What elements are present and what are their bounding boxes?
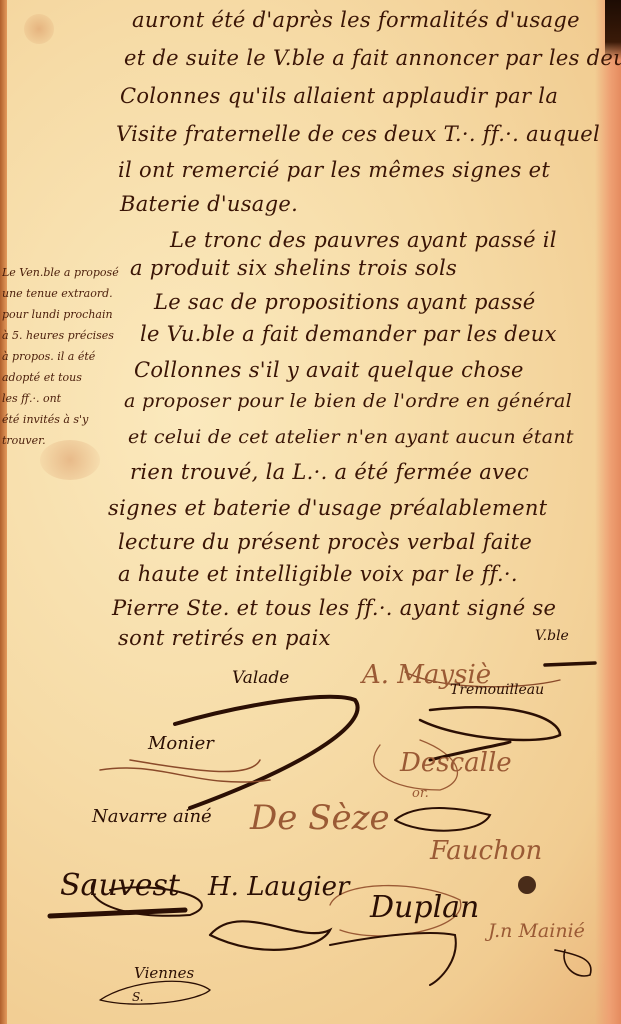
signature: Navarre ainé: [92, 806, 212, 827]
signature: Fauchon: [430, 836, 542, 866]
signature: V.ble: [535, 628, 569, 644]
signature: S.: [132, 990, 144, 1004]
signature: Tremouilleau: [450, 682, 544, 698]
manuscript-page: auront été d'après les formalités d'usag…: [0, 0, 621, 1024]
ink-blot: [518, 876, 536, 894]
signature: or.: [412, 786, 429, 801]
signature: Descalle: [400, 748, 512, 778]
signature: Sauvest: [60, 868, 180, 903]
signature: Duplan: [370, 890, 479, 925]
signature: Valade: [232, 668, 289, 688]
signature: Monier: [148, 733, 214, 754]
signature: Viennes: [134, 964, 194, 982]
signature: H. Laugier: [208, 872, 350, 902]
signature: J.n Mainié: [488, 920, 585, 942]
signature: De Sèze: [250, 798, 390, 838]
